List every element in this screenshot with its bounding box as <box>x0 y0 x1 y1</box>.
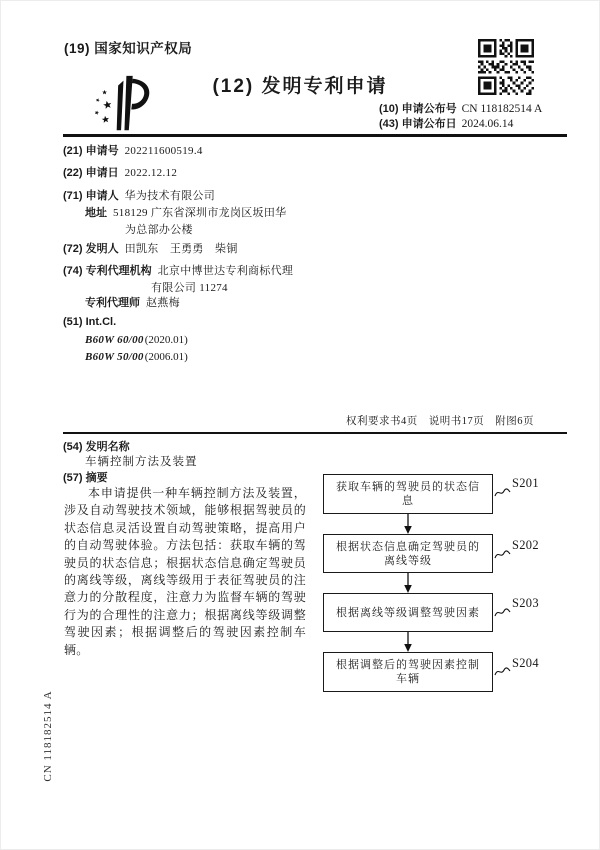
squiggle-connector-1 <box>494 487 511 498</box>
agency-value-2: 有限公司 11274 <box>151 282 228 294</box>
ipc-version-2: (2006.01) <box>145 351 188 363</box>
int-cl-entry-1: B60W 60/00(2020.01) <box>85 334 188 346</box>
address-value-1: 518129 广东省深圳市龙岗区坂田华 <box>113 207 286 219</box>
agency-line-1: (74) 专利代理机构北京中博世达专利商标代理 <box>63 262 293 278</box>
publication-number-value: CN 118182514 A <box>462 103 543 115</box>
patent-front-page: (19) 国家知识产权局 (12) 发明专利申请 <box>0 0 600 850</box>
filing-date-value: 2022.12.12 <box>125 167 178 179</box>
flow-step-2-box: 根据状态信息确定驾驶员的离线等级 <box>323 534 493 573</box>
publication-number-line: (10) 申请公布号CN 118182514 A <box>379 100 542 116</box>
address-value-2: 为总部办公楼 <box>125 224 193 236</box>
qr-code <box>478 39 534 95</box>
flow-step-2-ref: S202 <box>512 538 539 553</box>
flow-arrow-2 <box>402 573 414 593</box>
patent-office: (19) 国家知识产权局 <box>64 37 192 57</box>
address-label: 地址 <box>85 207 107 219</box>
flow-step-4-text: 根据调整后的驾驶因素控制车辆 <box>336 658 480 686</box>
squiggle-connector-2 <box>494 549 511 560</box>
invention-title-label: (54) 发明名称 <box>63 438 130 454</box>
flow-step-4-box: 根据调整后的驾驶因素控制车辆 <box>323 652 493 692</box>
agency-line-2: 有限公司 11274 <box>151 279 228 295</box>
inventors-line: (72) 发明人田凯东 王勇勇 柴铜 <box>63 240 238 256</box>
ipc-code-1: B60W 60/00 <box>85 334 144 346</box>
address-line-2: 为总部办公楼 <box>125 221 193 237</box>
applicant-line: (71) 申请人华为技术有限公司 <box>63 187 215 203</box>
address-line-1: 地址518129 广东省深圳市龙岗区坂田华 <box>85 204 286 220</box>
flow-step-1-ref: S201 <box>512 476 539 491</box>
publication-date-value: 2024.06.14 <box>462 118 514 130</box>
publication-date-line: (43) 申请公布日2024.06.14 <box>379 115 513 131</box>
abstract-text: 本申请提供一种车辆控制方法及装置，涉及自动驾驶技术领域，能够根据驾驶员的状态信息… <box>64 485 306 659</box>
filing-date-line: (22) 申请日2022.12.12 <box>63 164 177 180</box>
flow-step-3-box: 根据离线等级调整驾驶因素 <box>323 593 493 632</box>
agency-value-1: 北京中博世达专利商标代理 <box>158 265 294 277</box>
int-cl-line: (51) Int.Cl. <box>63 316 116 328</box>
abstract-label: (57) 摘要 <box>63 469 108 485</box>
squiggle-connector-4 <box>494 666 511 677</box>
agency-label: (74) 专利代理机构 <box>63 265 152 277</box>
ipc-version-1: (2020.01) <box>145 334 188 346</box>
flowchart-figure: 获取车辆的驾驶员的状态信息 根据状态信息确定驾驶员的离线等级 根据离线等级调整驾… <box>323 474 541 696</box>
flow-step-3-text: 根据离线等级调整驾驶因素 <box>336 606 480 620</box>
publication-number-label: (10) 申请公布号 <box>379 103 457 115</box>
agent-line: 专利代理师赵燕梅 <box>85 294 180 310</box>
agent-label: 专利代理师 <box>85 297 140 309</box>
publication-date-label: (43) 申请公布日 <box>379 118 457 130</box>
flow-step-2-text: 根据状态信息确定驾驶员的离线等级 <box>336 540 480 568</box>
application-number-value: 202211600519.4 <box>125 145 203 157</box>
int-cl-label: (51) Int.Cl. <box>63 316 116 328</box>
squiggle-connector-3 <box>494 607 511 618</box>
int-cl-entry-2: B60W 50/00(2006.01) <box>85 351 188 363</box>
flow-step-3-ref: S203 <box>512 596 539 611</box>
filing-date-label: (22) 申请日 <box>63 167 119 179</box>
invention-title: 车辆控制方法及装置 <box>85 453 198 469</box>
flow-step-4-ref: S204 <box>512 656 539 671</box>
applicant-value: 华为技术有限公司 <box>125 190 215 202</box>
flow-arrow-3 <box>402 632 414 652</box>
applicant-label: (71) 申请人 <box>63 190 119 202</box>
inventors-value: 田凯东 王勇勇 柴铜 <box>125 243 238 255</box>
header-divider <box>63 134 567 137</box>
agent-value: 赵燕梅 <box>146 297 180 309</box>
flow-arrow-1 <box>402 514 414 534</box>
flow-step-1-box: 获取车辆的驾驶员的状态信息 <box>323 474 493 514</box>
section-divider <box>63 432 567 434</box>
application-number-line: (21) 申请号202211600519.4 <box>63 142 203 158</box>
margin-document-number: CN 118182514 A <box>42 690 54 781</box>
ipc-code-2: B60W 50/00 <box>85 351 144 363</box>
pages-summary: 权利要求书4页 说明书17页 附图6页 <box>346 413 534 428</box>
flow-step-1-text: 获取车辆的驾驶员的状态信息 <box>336 480 480 508</box>
application-number-label: (21) 申请号 <box>63 145 119 157</box>
inventors-label: (72) 发明人 <box>63 243 119 255</box>
